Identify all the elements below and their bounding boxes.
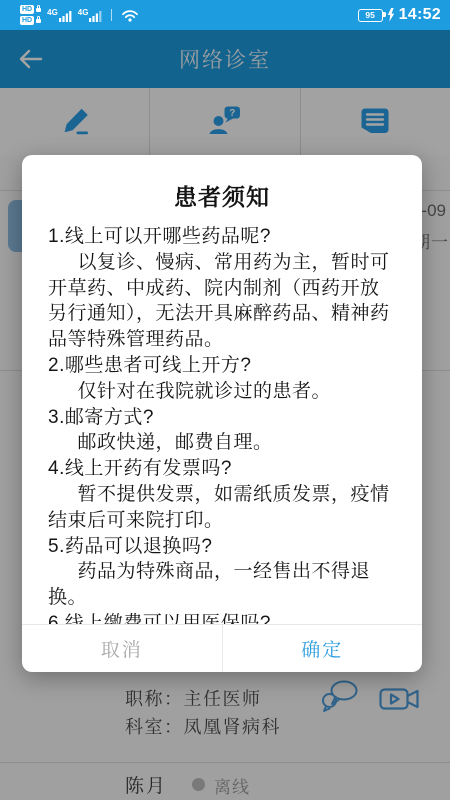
faq-answer: 以复诊、慢病、常用药为主，暂时可开草药、中成药、院内制剂（西药开放另行通知），无… [48,250,396,353]
hd-sim1-icon: HD [20,5,34,14]
wifi-icon [121,9,139,22]
phone-screen: HD HD 4G 4G 95 14:52 [0,0,450,800]
faq-answer: 仅针对在我院就诊过的患者。 [48,379,396,405]
dialog-footer: 取消 确定 [22,624,422,672]
battery-icon: 95 [358,9,383,22]
faq-question: 4.线上开药有发票吗? [48,456,396,482]
faq-answer: 药品为特殊商品，一经售出不得退换。 [48,559,396,611]
status-separator [111,9,112,21]
volte-hd-icons: HD HD [20,5,41,25]
faq-question: 1.线上可以开哪些药品呢? [48,224,396,250]
faq-answer: 邮政快递，邮费自理。 [48,430,396,456]
faq-question: 5.药品可以退换吗? [48,534,396,560]
status-right-icons: 95 14:52 [358,6,441,24]
dialog-title: 患者须知 [22,155,422,212]
clock-time: 14:52 [399,6,441,24]
cancel-button[interactable]: 取消 [22,625,222,672]
hd-sim2-icon: HD [20,16,34,25]
signal-sim1-icon: 4G [47,9,72,22]
faq-answer: 暂不提供发票，如需纸质发票，疫情结束后可来院打印。 [48,482,396,534]
faq-question: 6.线上缴费可以用医保吗? [48,611,396,624]
battery-level: 95 [365,10,374,20]
faq-question: 2.哪些患者可线上开方? [48,353,396,379]
confirm-button[interactable]: 确定 [223,625,423,672]
patient-notice-dialog: 患者须知 1.线上可以开哪些药品呢? 以复诊、慢病、常用药为主，暂时可开草药、中… [22,155,422,672]
status-bar: HD HD 4G 4G 95 14:52 [0,0,450,30]
faq-question: 3.邮寄方式? [48,405,396,431]
status-left-icons: HD HD 4G 4G [20,5,139,25]
charging-bolt-icon [387,8,395,22]
signal-sim2-icon: 4G [78,9,103,22]
sim1-lock-icon [36,8,41,12]
sim2-lock-icon [36,19,41,23]
dialog-body-text[interactable]: 1.线上可以开哪些药品呢? 以复诊、慢病、常用药为主，暂时可开草药、中成药、院内… [22,224,422,624]
